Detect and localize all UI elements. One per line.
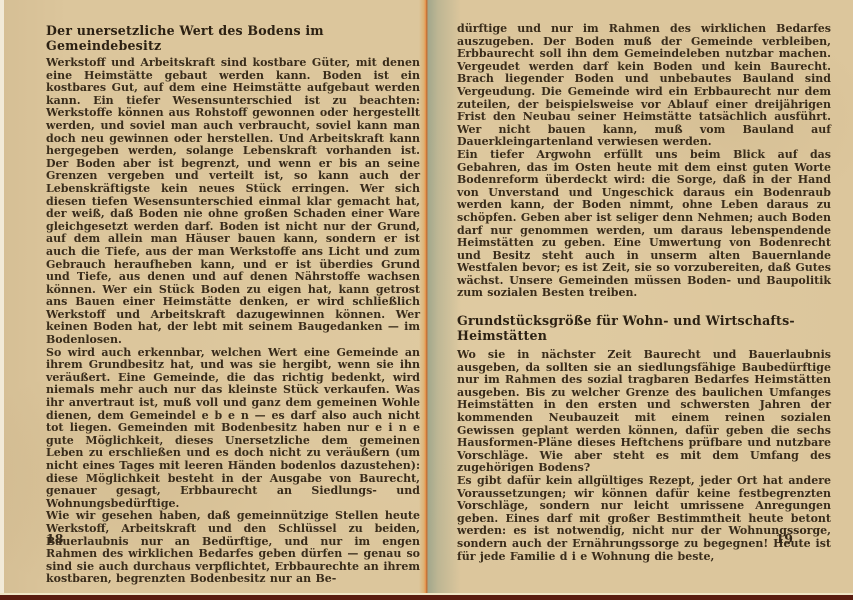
left-page-paragraph-2: So wird auch erkennbar, welchen Wert ein… [46, 347, 420, 511]
right-page-paragraph-4: Es gibt dafür kein allgültiges Rezept, j… [457, 475, 831, 563]
left-page-number: 18 [46, 531, 420, 546]
right-page-paragraph-1: dürftige und nur im Rahmen des wirkliche… [457, 23, 831, 149]
left-page-paragraph-1: Werkstoff und Arbeitskraft sind kostbare… [46, 57, 420, 347]
book-spine [419, 0, 461, 600]
book-bottom-edge [0, 595, 853, 600]
left-page-heading: Der unersetzliche Wert des Bodens im Gem… [46, 23, 420, 53]
right-page-number: 19 [457, 531, 831, 546]
right-page-heading: Grundstücksgröße für Wohn- und Wirtschaf… [457, 313, 831, 343]
book-scan: Der unersetzliche Wert des Bodens im Gem… [0, 0, 853, 600]
page-left-edge [0, 0, 4, 600]
left-page-text-column: Der unersetzliche Wert des Bodens im Gem… [46, 23, 420, 586]
right-page-paragraph-2: Ein tiefer Argwohn erfüllt uns beim Blic… [457, 149, 831, 300]
left-page-paragraph-3: Wie wir gesehen haben, daß gemeinnützige… [46, 510, 420, 586]
right-page-text-column: dürftige und nur im Rahmen des wirkliche… [457, 23, 831, 563]
right-page-paragraph-3: Wo sie in nächster Zeit Baurecht und Bau… [457, 349, 831, 475]
